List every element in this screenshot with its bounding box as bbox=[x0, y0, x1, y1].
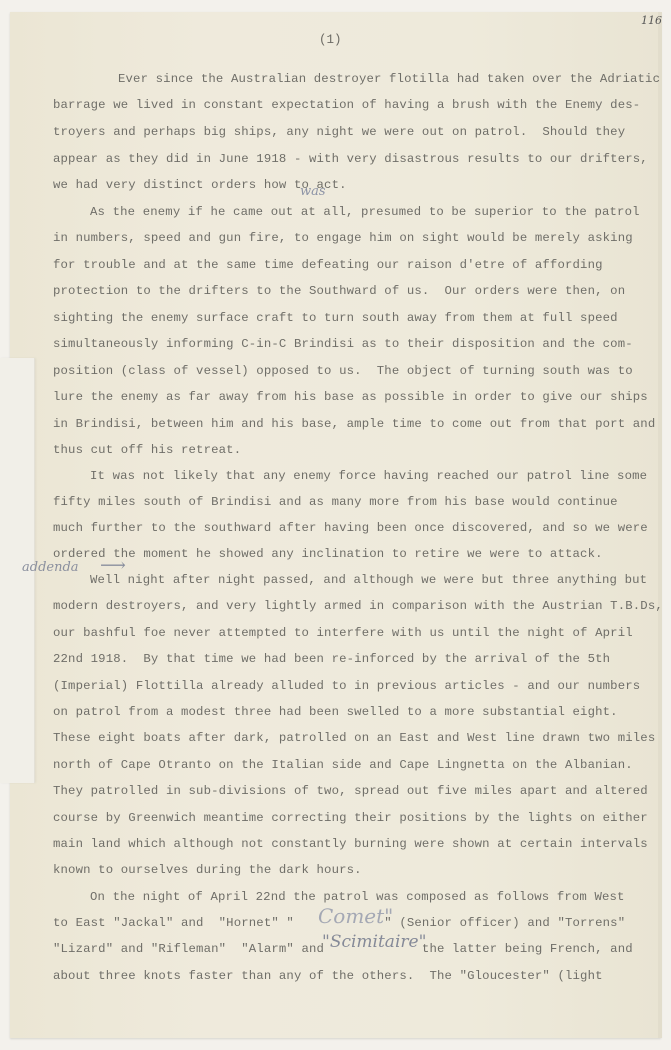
handwritten-addenda: addenda bbox=[22, 560, 79, 575]
text-line: sighting the enemy surface craft to turn… bbox=[53, 311, 618, 325]
handwritten-was: was bbox=[300, 184, 326, 199]
text-line: barrage we lived in constant expectation… bbox=[53, 98, 640, 112]
text-line: much further to the southward after havi… bbox=[53, 521, 648, 535]
text-line: lure the enemy as far away from his base… bbox=[53, 390, 648, 404]
text-line: about three knots faster than any of the… bbox=[53, 969, 603, 983]
text-line: 22nd 1918. By that time we had been re-i… bbox=[53, 652, 610, 666]
text-line: Ever since the Australian destroyer flot… bbox=[118, 72, 660, 86]
text-line: simultaneously informing C-in-C Brindisi… bbox=[53, 337, 633, 351]
text-line: troyers and perhaps big ships, any night… bbox=[53, 125, 625, 139]
text-line: fifty miles south of Brindisi and as man… bbox=[53, 495, 618, 509]
text-line: for trouble and at the same time defeati… bbox=[53, 258, 603, 272]
text-line: main land which although not constantly … bbox=[53, 837, 648, 851]
text-line: (Imperial) Flottilla already alluded to … bbox=[53, 679, 640, 693]
text-line: in numbers, speed and gun fire, to engag… bbox=[53, 231, 633, 245]
text-line: modern destroyers, and very lightly arme… bbox=[53, 599, 663, 613]
text-line: position (class of vessel) opposed to us… bbox=[53, 364, 633, 378]
text-line: They patrolled in sub-divisions of two, … bbox=[53, 784, 648, 798]
text-line: thus cut off his retreat. bbox=[53, 443, 241, 457]
text-line: On the night of April 22nd the patrol wa… bbox=[90, 890, 625, 904]
text-line: in Brindisi, between him and his base, a… bbox=[53, 417, 655, 431]
text-line: Well night after night passed, and altho… bbox=[90, 573, 647, 587]
text-line: known to ourselves during the dark hours… bbox=[53, 863, 362, 877]
text-line: on patrol from a modest three had been s… bbox=[53, 705, 618, 719]
handwritten-comet: Comet" bbox=[318, 904, 393, 928]
text-line: our bashful foe never attempted to inter… bbox=[53, 626, 633, 640]
text-line: north of Cape Otranto on the Italian sid… bbox=[53, 758, 633, 772]
text-line: It was not likely that any enemy force h… bbox=[90, 469, 647, 483]
text-line: ordered the moment he showed any inclina… bbox=[53, 547, 603, 561]
text-line: These eight boats after dark, patrolled … bbox=[53, 731, 655, 745]
text-line: protection to the drifters to the Southw… bbox=[53, 284, 625, 298]
page-number: (1) bbox=[319, 33, 342, 47]
text-line: As the enemy if he came out at all, pres… bbox=[90, 205, 640, 219]
text-line: course by Greenwich meantime correcting … bbox=[53, 811, 648, 825]
folio-number: 116 bbox=[641, 14, 662, 27]
handwritten-scimitaire: "Scimitaire" bbox=[322, 932, 426, 952]
text-line: appear as they did in June 1918 - with v… bbox=[53, 152, 648, 166]
page-edge bbox=[658, 12, 662, 1038]
